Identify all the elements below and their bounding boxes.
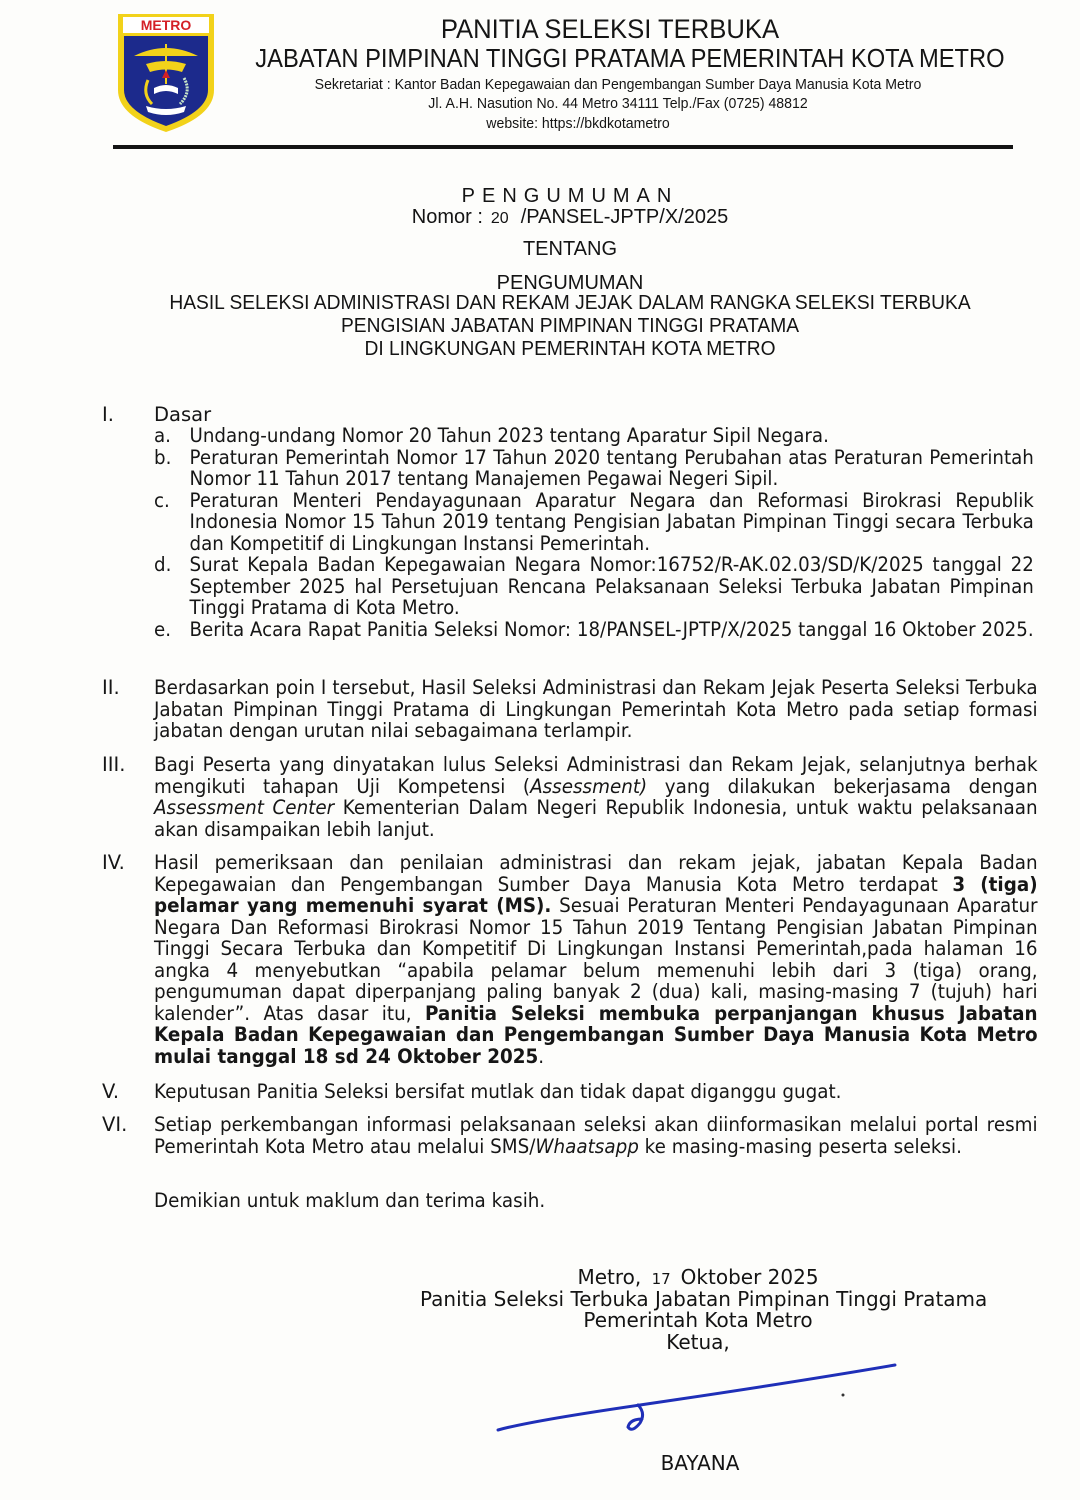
section-numeral: V. [102,1081,154,1103]
subject-line-4: DI LINGKUNGAN PEMERINTAH KOTA METRO [253,338,887,361]
tentang-label: TENTANG [340,238,800,261]
subject-line-2: HASIL SELEKSI ADMINISTRASI DAN REKAM JEJ… [138,292,1002,315]
section-text: Keputusan Panitia Seleksi bersifat mutla… [154,1081,1038,1103]
section-numeral: I. [102,404,154,426]
section-numeral: VI. [102,1114,154,1157]
list-item: d. Surat Kepala Badan Kepegawaian Negara… [154,554,1034,619]
svg-text:METRO: METRO [141,17,192,33]
letterhead-title: PANITIA SELEKSI TERBUKA [316,14,905,45]
section-heading: Dasar [154,404,211,426]
section-text: Hasil pemeriksaan dan penilaian administ… [154,852,1038,1067]
section-text: Berdasarkan poin I tersebut, Hasil Selek… [154,677,1038,742]
signature-day: 17 [652,1270,671,1288]
signature-role: Ketua, [420,1330,976,1354]
section-text: Bagi Peserta yang dinyatakan lulus Selek… [154,754,1038,840]
section-numeral: III. [102,754,154,840]
document-number: Nomor :20/PANSEL-JPTP/X/2025 [340,206,800,229]
section-2: II. Berdasarkan poin I tersebut, Hasil S… [102,677,1036,742]
letterhead-website: website: https://bkdkotametro [422,115,734,132]
nomor-suffix: /PANSEL-JPTP/X/2025 [521,206,729,228]
signature-stroke-icon [490,1355,910,1435]
section-6: VI. Setiap perkembangan informasi pelaks… [102,1114,1036,1157]
section-numeral: II. [102,677,154,742]
city-emblem-logo: METRO [116,12,216,134]
section-1-heading: I. Dasar [102,404,1036,426]
section-4: IV. Hasil pemeriksaan dan penilaian admi… [102,852,1036,1067]
section-numeral: IV. [102,852,154,1067]
legal-basis-list: a. Undang-undang Nomor 20 Tahun 2023 ten… [154,425,1034,640]
letterhead-divider [113,145,1013,149]
section-3: III. Bagi Peserta yang dinyatakan lulus … [102,754,1036,840]
nomor-label: Nomor : [412,206,483,228]
signature-date: Metro, 17Oktober 2025 [420,1265,976,1289]
letterhead-secretariat: Sekretariat : Kantor Badan Kepegawaian d… [283,76,952,93]
subject-line-3: PENGISIAN JABATAN PIMPINAN TINGGI PRATAM… [253,315,887,338]
list-item: e. Berita Acara Rapat Panitia Seleksi No… [154,619,1034,641]
metro-shield-icon: METRO [116,12,216,134]
letterhead-address: Jl. A.H. Nasution No. 44 Metro 34111 Tel… [330,95,905,112]
nomor-value: 20 [491,210,509,227]
list-item: c. Peraturan Menteri Pendayagunaan Apara… [154,490,1034,555]
signatory-name: BAYANA [600,1451,800,1475]
list-item: a. Undang-undang Nomor 20 Tahun 2023 ten… [154,425,1034,447]
handwritten-signature [490,1355,910,1435]
document-title: PENGUMUMAN [340,185,800,208]
letterhead-subtitle: JABATAN PIMPINAN TINGGI PRATAMA PEMERINT… [255,45,980,74]
section-5: V. Keputusan Panitia Seleksi bersifat mu… [102,1081,1036,1103]
closing-remark: Demikian untuk maklum dan terima kasih. [154,1190,545,1212]
list-item: b. Peraturan Pemerintah Nomor 17 Tahun 2… [154,447,1034,490]
signature-government: Pemerintah Kota Metro [420,1308,976,1332]
section-text: Setiap perkembangan informasi pelaksanaa… [154,1114,1038,1157]
